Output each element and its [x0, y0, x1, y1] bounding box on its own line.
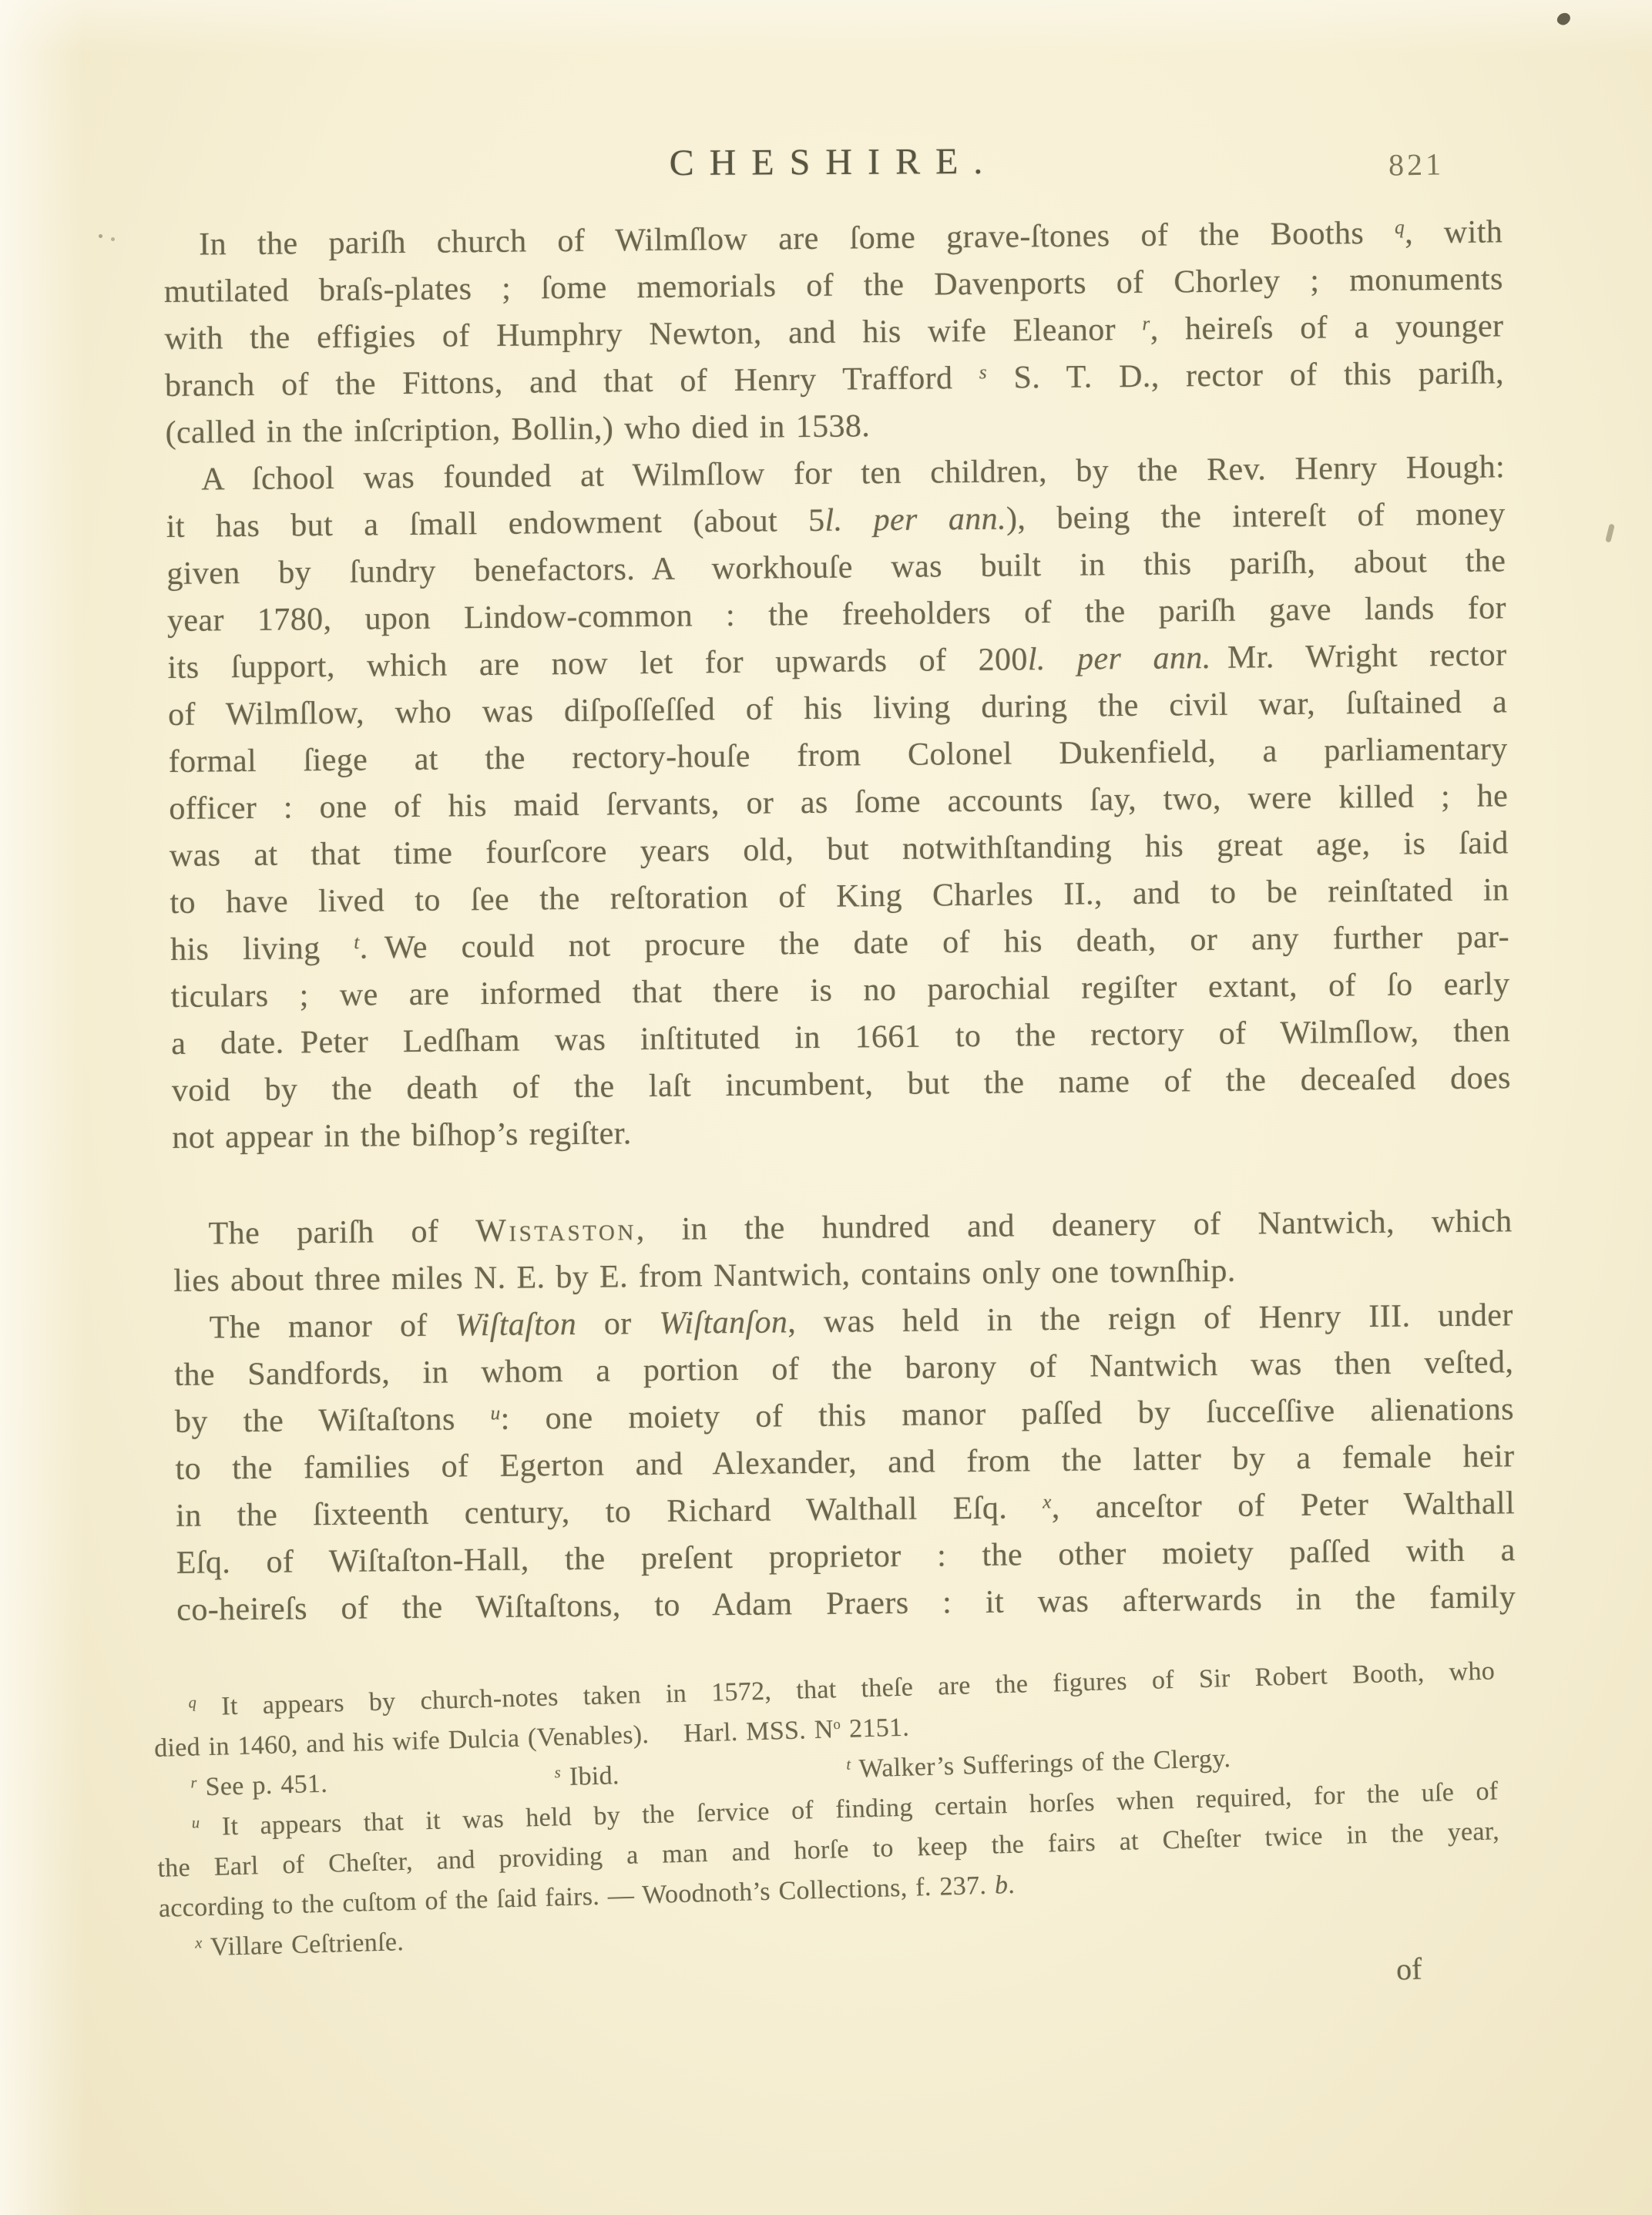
- footnote-marker: s: [979, 362, 987, 383]
- text-run: , in the hundred and deanery of Nantwich…: [636, 1203, 1513, 1247]
- text-run: ticulars ; we are informed that there is…: [170, 966, 1509, 1015]
- text-run: Eſq. of Wiſtaſton-Hall, the preſent prop…: [176, 1532, 1515, 1581]
- paragraph-wistaston-manor: The manor of Wiſtaſton or Wiſtanſon, was…: [173, 1292, 1516, 1634]
- text-run: , anceſtor of Peter Walthall: [1052, 1485, 1516, 1525]
- text-run: [619, 1777, 847, 1784]
- scan-dots: [99, 234, 102, 238]
- book-page: CHESHIRE. 821 In the pariſh church of Wi…: [0, 0, 1652, 2215]
- text-run: was at that time fourſcore years old, bu…: [170, 825, 1509, 874]
- text-run: l. per ann.: [1028, 640, 1211, 677]
- footnote-marker: u: [192, 1814, 200, 1831]
- text-run: mutilated braſs-plates ; ſome memorials …: [164, 261, 1503, 310]
- text-run: Walker’s Sufferings of the Clergy.: [851, 1744, 1231, 1784]
- footnote-marker: q: [1395, 217, 1405, 238]
- text-run: See p. 451.: [196, 1770, 327, 1802]
- paragraph-wilmslow-church: In the pariſh church of Wilmſlow are ſom…: [163, 209, 1505, 457]
- text-run: in the ſixteenth century, to Richard Wal…: [176, 1490, 1043, 1534]
- text-run: Villare Ceſtrienſe.: [202, 1928, 404, 1962]
- text-run: , was held in the reign of Henry III. un…: [787, 1297, 1513, 1340]
- text-run: his living: [170, 931, 354, 968]
- text-run: Wiſtaſton: [455, 1307, 576, 1344]
- text-run: its ſupport, which are now let for upwar…: [167, 642, 1028, 686]
- main-text: In the pariſh church of Wilmſlow are ſom…: [163, 209, 1516, 1634]
- text-run: formal ſiege at the rectory-houſe from C…: [169, 731, 1508, 780]
- text-run: (called in the inſcription, Bollin,) who…: [165, 408, 870, 451]
- text-run: void by the death of the laſt incumbent,…: [172, 1060, 1511, 1109]
- text-run: Mr. Wright rector: [1210, 637, 1506, 676]
- ink-speck: [1555, 10, 1572, 28]
- text-run: Harl. MSS. N: [683, 1715, 834, 1747]
- text-run: with the effigies of Humphry Newton, and…: [164, 312, 1142, 357]
- footnote-marker: q: [188, 1694, 196, 1711]
- text-run: The manor of: [210, 1307, 455, 1345]
- text-run: year 1780, upon Lindow-common : the free…: [167, 590, 1506, 639]
- text-run: . We could not procure the date of his d…: [360, 919, 1510, 965]
- text-run: or: [576, 1306, 660, 1342]
- paragraph-wilmslow-school-rector: A ſchool was founded at Wilmſlow for ten…: [166, 444, 1512, 1162]
- text-run: the Sandfords, in whom a portion of the …: [174, 1344, 1513, 1393]
- text-run: S. T. D., rector of this pariſh,: [987, 355, 1504, 395]
- text-run: [649, 1742, 683, 1743]
- text-run: , with: [1405, 214, 1503, 250]
- footnote-marker: r: [1142, 314, 1150, 334]
- text-run: not appear in the biſhop’s regiſter.: [172, 1116, 632, 1156]
- text-run: : one moiety of this manor paſſed by ſuc…: [500, 1391, 1514, 1437]
- text-run: lies about three miles N. E. by E. from …: [173, 1253, 1236, 1299]
- footnote-marker: u: [490, 1403, 500, 1424]
- text-run: by the Wiſtaſtons: [175, 1401, 491, 1440]
- text-run: , heireſs of a younger: [1150, 308, 1503, 347]
- margin-mark: [1605, 524, 1615, 543]
- text-run: 2151.: [841, 1713, 910, 1743]
- text-run: ), being the intereſt of money: [1006, 496, 1506, 536]
- text-run: In the pariſh church of Wilmſlow are ſom…: [199, 216, 1395, 263]
- text-run: Wistaston: [475, 1212, 636, 1249]
- text-run: to have lived to ſee the reſtoration of …: [170, 872, 1509, 921]
- text-run: of Wilmſlow, who was diſpoſſeſſed of his…: [168, 684, 1507, 733]
- text-run: officer : one of his maid ſervants, or a…: [169, 778, 1508, 827]
- text-run: The pariſh of: [208, 1213, 475, 1251]
- footnote-marker: x: [1043, 1492, 1052, 1512]
- text-run: A ſchool was founded at Wilmſlow for ten…: [201, 449, 1505, 497]
- text-run: given by ſundry benefactors. A workhouſe…: [166, 543, 1506, 592]
- text-run: b: [994, 1871, 1008, 1899]
- text-run: to the families of Egerton and Alexander…: [175, 1438, 1514, 1487]
- text-run: it has but a ſmall endowment (about 5: [166, 503, 825, 545]
- footnotes-block: q It appears by church-notes taken in 15…: [153, 1651, 1502, 1968]
- text-run: a date. Peter Ledſham was inſtituted in …: [171, 1013, 1510, 1062]
- catchword: of: [1395, 1950, 1422, 1987]
- paragraph-wistaston-parish: The pariſh of Wistaston, in the hundred …: [173, 1198, 1513, 1305]
- page-number: 821: [1388, 146, 1445, 183]
- text-run: Wiſtanſon: [659, 1304, 787, 1341]
- text-run: co-heireſs of the Wiſtaſtons, to Adam Pr…: [176, 1579, 1516, 1628]
- text-run: l. per ann.: [824, 502, 1006, 539]
- text-run: [327, 1785, 555, 1791]
- text-run: Ibid.: [561, 1761, 620, 1791]
- text-run: branch of the Fittons, and that of Henry…: [165, 361, 979, 404]
- text-run: .: [1008, 1871, 1016, 1899]
